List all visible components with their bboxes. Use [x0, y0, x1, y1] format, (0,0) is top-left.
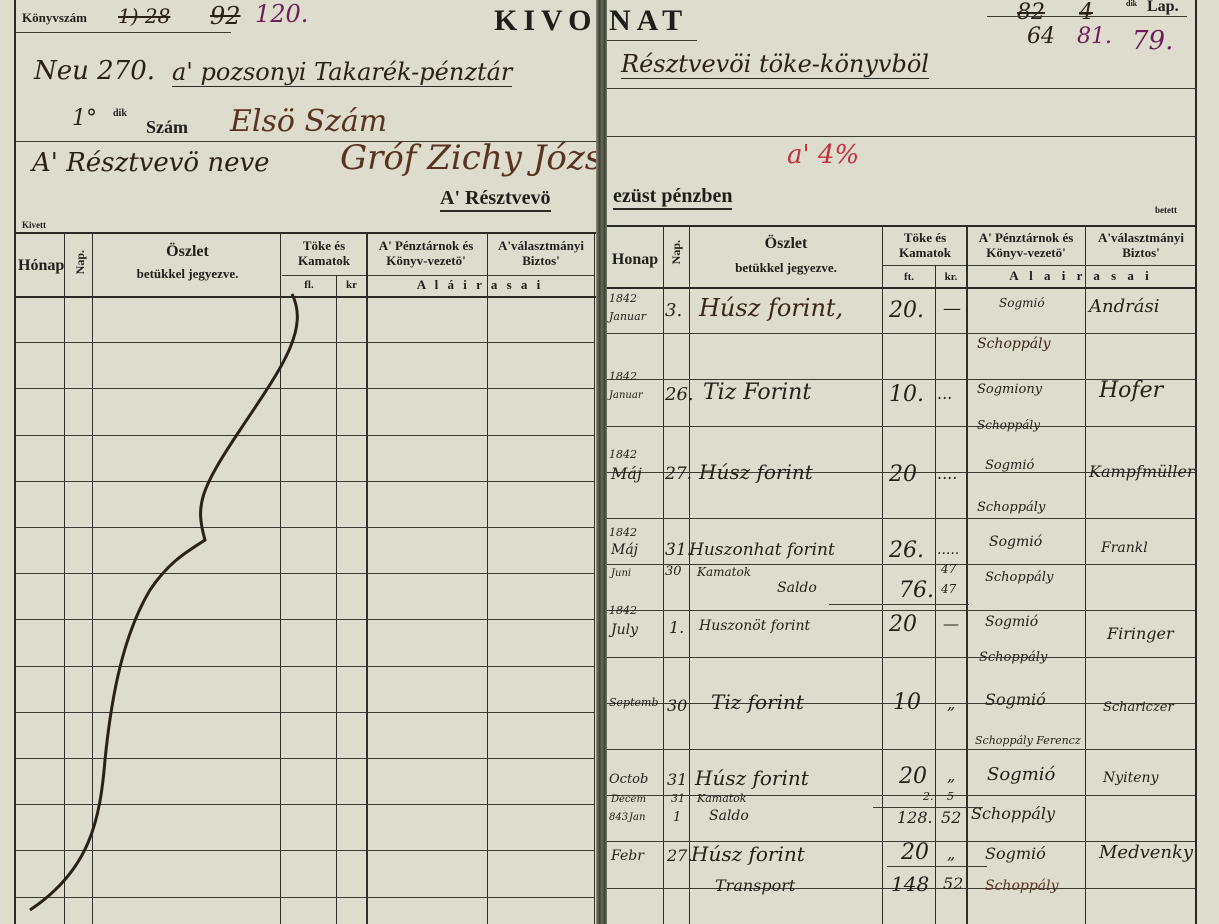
entry-auditor: Schariczer [1103, 700, 1174, 715]
kivett-label: Kivett [22, 220, 46, 230]
entry-month: Máj [611, 464, 642, 483]
entry-fl: 76. [899, 578, 934, 603]
entry-cashier: Schoppály [971, 804, 1055, 823]
currency-label-left: A' Résztvevö [440, 187, 551, 212]
ledger-spread: Könyvszám 1) 28 92 120. KIVO Neu 270. a'… [0, 0, 1219, 924]
participant-name: Gróf Zichy József [340, 138, 635, 178]
col-oszlet-sub: betükkel jegyezve. [95, 266, 280, 281]
lap-struck-1: 82 [1017, 0, 1045, 25]
col-nap-right: Nap. [669, 240, 684, 264]
entry-fl: 20 [899, 764, 927, 789]
lap-number-1: 64 [1027, 24, 1055, 49]
grid-vline [594, 232, 595, 924]
entry-cashier2: Schoppály [977, 500, 1045, 515]
col-oszlet: Öszlet [95, 244, 280, 259]
entry-day: 31 [671, 792, 685, 805]
entry-text: Kamatok [697, 792, 746, 805]
entry-day: 31. [665, 540, 692, 560]
entry-cashier: Sogmiony [977, 382, 1042, 397]
entry-fl: 10 [893, 690, 921, 715]
title-right: NAT [609, 4, 688, 38]
number-suffix: dik [113, 108, 127, 119]
entry-text: Huszonhat forint [689, 540, 835, 560]
entry-cashier2: Schoppály [985, 878, 1059, 894]
entry-kr: — [943, 298, 961, 319]
grid-hline [607, 518, 1195, 519]
entry-cashier2: Schoppály [985, 570, 1053, 585]
entry-cashier: Sogmió [989, 534, 1042, 550]
entry-cashier2: Schoppály [977, 418, 1040, 432]
entry-fl: 26. [889, 538, 924, 563]
currency-label-right: ezüst pénzben [613, 185, 732, 210]
entry-cashier: Sogmió [985, 458, 1034, 473]
entry-fl: 20 [889, 612, 917, 637]
entry-month: Januar [609, 390, 643, 401]
col-kr-right: kr. [936, 270, 966, 285]
number-value: Elsö Szám [230, 104, 387, 139]
entry-text: Transport [715, 876, 795, 895]
number-label: Szám [146, 117, 188, 138]
entry-text: Huszonöt forint [699, 618, 810, 634]
entry-month: Decem [611, 794, 646, 805]
neu-number: Neu 270. [34, 56, 155, 86]
grid-hline [607, 333, 1195, 334]
entry-cashier: Sogmió [985, 690, 1046, 709]
grid-vline [882, 225, 883, 924]
grid-hline [607, 426, 1195, 427]
entry-fl: 20. [889, 298, 924, 323]
entry-kr: 52 [941, 808, 961, 827]
col-kr: kr [338, 278, 365, 293]
entry-text: Húsz forint, [699, 294, 843, 322]
col-alairasai: A l á i r a s a i [366, 277, 594, 292]
entry-day: 31 [667, 770, 687, 789]
grid-vline [366, 232, 368, 924]
entry-day: 30 [665, 564, 682, 579]
entry-month: Septemb [609, 696, 659, 709]
entry-kr: „ [947, 694, 955, 713]
entry-kr: — [943, 614, 959, 633]
grid-vline [935, 265, 936, 924]
entry-text: Saldo [777, 580, 817, 596]
entry-cashier: Sogmió [999, 296, 1045, 310]
entry-kr: 5 [947, 790, 954, 803]
entry-month: Febr [611, 848, 644, 864]
entry-fl: 20 [901, 840, 929, 865]
konyvszam-value: 120. [255, 0, 308, 28]
col-toke-right: Töke és Kamatok [883, 230, 967, 260]
col-biztos: A'választmányi Biztos' [488, 238, 594, 268]
entry-cashier2: Schoppály Ferencz [975, 734, 1081, 747]
sum-line-3 [887, 866, 987, 867]
konyvszam-struck-1: 1) 28 [118, 4, 170, 28]
col-honap: Hónap [18, 258, 64, 273]
col-alairasai-right: A l a i r a s a i [967, 268, 1195, 283]
entry-text: Tiz forint [711, 690, 804, 714]
entry-text: Húsz forint [695, 766, 809, 790]
entry-fl: 2. [923, 790, 934, 803]
col-honap-right: Honap [609, 252, 661, 267]
entry-month: Januar [609, 310, 646, 323]
entry-day: 30 [667, 696, 687, 715]
entry-text: Tiz Forint [703, 380, 811, 405]
cancellation-swirl [0, 290, 320, 924]
entry-month: Máj [611, 542, 638, 558]
left-page: Könyvszám 1) 28 92 120. KIVO Neu 270. a'… [0, 0, 597, 924]
entry-auditor: Nyiteny [1103, 770, 1158, 786]
konyvszam-underline [16, 32, 231, 33]
entry-kr: ... [937, 384, 952, 403]
entry-text: Kamatok [697, 565, 751, 579]
right-page-border [1195, 0, 1197, 924]
entry-cashier2: Schoppály [977, 336, 1051, 352]
grid-vline [1085, 225, 1086, 924]
entry-auditor: Firinger [1107, 624, 1174, 643]
betett-label: betett [1155, 205, 1177, 215]
col-penztarnok-right: A' Pénztárnok és Könyv-vezetö' [967, 230, 1085, 260]
title-left: KIVO [494, 4, 597, 38]
lap-underline [987, 16, 1187, 17]
header-subdivider-right [883, 265, 1195, 266]
number-prefix: 1° [72, 106, 97, 131]
number-line-divider-right [607, 136, 1197, 137]
lap-suffix: dik [1126, 0, 1137, 8]
entry-auditor: Frankl [1101, 540, 1148, 556]
participant-label: A' Résztvevö neve [32, 148, 270, 178]
entry-cashier: Sogmió [987, 764, 1055, 785]
entry-auditor: Medvenky [1099, 842, 1193, 863]
entry-month: Juni [611, 568, 631, 579]
entry-day: 27. [667, 846, 692, 865]
entry-year: 1842 [609, 526, 637, 539]
right-page: NAT 82 4 dik Lap. 64 81. 79. Résztvevöi … [607, 0, 1219, 924]
entry-month: Jan [629, 812, 645, 823]
grid-vline [336, 275, 337, 924]
entry-year: 1842 [609, 370, 637, 383]
title-underline [607, 40, 697, 41]
header-subdivider [282, 275, 594, 276]
entry-kr: „ [947, 766, 955, 785]
entry-kr: „ [947, 844, 955, 863]
interest-rate: a' 4% [787, 140, 859, 170]
grid-vline [966, 225, 968, 924]
entry-auditor: Kampfmüller [1089, 462, 1195, 481]
grid-vline [487, 232, 488, 924]
header-bottom-border-right [607, 287, 1197, 289]
entry-kr: .... [937, 464, 957, 483]
entry-fl: 128. [897, 808, 933, 827]
konyvszam-struck-2: 92 [210, 2, 241, 30]
grid-hline [607, 795, 1195, 796]
col-penztarnok: A' Pénztárnok és Könyv-vezetö' [366, 238, 486, 268]
entry-text: Húsz forint [699, 460, 813, 484]
entry-day: 1 [673, 810, 681, 825]
grid-hline [607, 564, 1195, 565]
entry-fl: 148 [891, 872, 929, 896]
col-biztos-right: A'választmányi Biztos' [1087, 230, 1195, 260]
grid-vline [689, 225, 690, 924]
col-toke: Töke és Kamatok [282, 238, 366, 268]
entry-auditor: Hofer [1099, 378, 1163, 403]
entry-text: Húsz forint [691, 842, 805, 866]
col-nap: Nap. [73, 250, 88, 274]
entry-day: 1. [669, 618, 684, 637]
lap-number-3: 79. [1132, 26, 1173, 56]
col-oszlet-right: Öszlet [691, 236, 881, 251]
entry-year: 1842 [609, 292, 637, 305]
entry-year: 1842 [609, 448, 637, 461]
entry-day: 27. [665, 464, 692, 484]
entry-cashier: Sogmió [985, 614, 1038, 630]
entry-month: Octob [609, 772, 648, 787]
sum-line-1 [829, 604, 969, 605]
entry-kr: 47 [941, 582, 956, 596]
entry-day: 26. [665, 384, 694, 405]
sum-line-2 [873, 807, 983, 808]
table-top-border [14, 232, 597, 234]
lap-struck-2: 4 [1079, 0, 1093, 25]
entry-cashier2: Schoppály [979, 650, 1047, 665]
book-name: Résztvevöi töke-könyvböl [621, 50, 929, 79]
col-fl-right: ft. [883, 270, 935, 285]
subtitle-divider [607, 88, 1197, 89]
entry-text: Saldo [709, 808, 749, 824]
entry-fl: 10. [889, 382, 924, 407]
entry-auditor: Andrási [1089, 296, 1159, 317]
grid-hline [607, 749, 1195, 750]
entry-day: 3. [665, 300, 682, 321]
col-oszlet-sub-right: betükkel jegyezve. [691, 260, 881, 275]
grid-vline [663, 225, 664, 924]
lap-number-2: 81. [1077, 24, 1112, 49]
entry-kr: ..... [937, 542, 959, 558]
entry-kr: 52 [943, 874, 963, 893]
entry-year: 843 [609, 812, 628, 823]
entry-month: July [611, 622, 638, 638]
table-top-border-right [607, 225, 1197, 227]
entry-fl: 20 [889, 462, 917, 487]
entry-year: 1842 [609, 604, 637, 617]
entry-cashier: Sogmió [985, 844, 1046, 863]
konyvszam-label: Könyvszám [22, 10, 87, 26]
lap-label: Lap. [1147, 0, 1179, 16]
institution-name: a' pozsonyi Takarék-pénztár [172, 58, 512, 87]
entry-kr: 47 [941, 562, 956, 576]
grid-hline [607, 657, 1195, 658]
